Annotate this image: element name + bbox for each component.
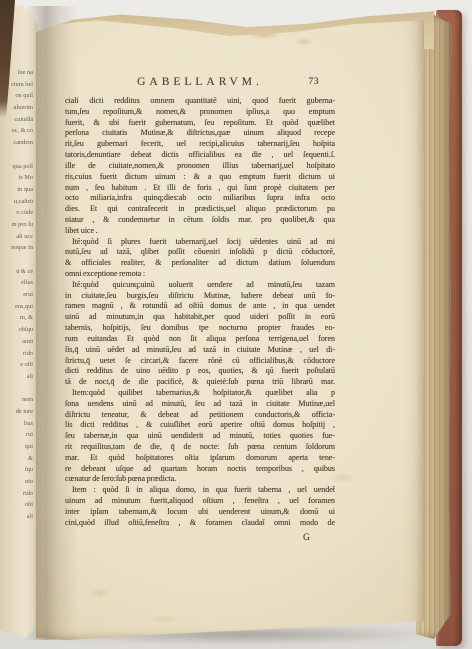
text-line: dicti redditus de uino uēdito p eos, quo… xyxy=(65,366,335,377)
text-line: ille de ciuitate,nomen,& pronomen illius… xyxy=(65,161,335,172)
text-line: dies. Et qui contrafecerit in prædictis,… xyxy=(65,204,335,215)
marginal-fragment: rido xyxy=(1,348,33,360)
facing-page-fragments: ſue nactum belon quiluluerimcuiuſdāoc, &… xyxy=(1,67,33,523)
text-line: diſtrictu teneatur, & debeat ad petition… xyxy=(65,410,335,421)
marginal-fragment: lius xyxy=(1,418,33,430)
book-photo: ſue nactum belon quiluluerimcuiuſdāoc, &… xyxy=(0,0,472,649)
text-line: tum,ſeu repoſitum,& nomen,& pronomen ipſ… xyxy=(65,107,335,118)
marginal-fragment: ali ucc xyxy=(1,231,33,243)
text-line: nutū,ſeu ad tazā, qlibet poſſit cōueniri… xyxy=(65,247,335,258)
text-line: in ciuitate,ſeu burgis,ſeu diſtrictu Mut… xyxy=(65,291,335,302)
text-line: Itē:quòd quicunq;uinū uoluerit uendere a… xyxy=(65,280,335,291)
text-line: octo miliaria,infra quinq;dies:ab octo m… xyxy=(65,193,335,204)
marginal-fragment: nio xyxy=(1,476,33,488)
marginal-fragment: rui xyxy=(1,429,33,441)
foxing-stain xyxy=(296,38,312,46)
text-line: ris,cuius fuerit dictum uinum : & a quo … xyxy=(65,172,335,183)
text-line: rit,ſeu gubernari fecerit, uel recipi,al… xyxy=(65,139,335,150)
text-line: cœnatur de ſero:ſub pœna prædicta. xyxy=(65,474,335,485)
text-line: perſona ciuitatis Mutinæ,& diſtrictus,qu… xyxy=(65,128,335,139)
marginal-fragment: u,caſtrū xyxy=(1,196,33,208)
marginal-fragment: candem xyxy=(1,137,33,149)
text-block: GABELLARVM. 73 ciali dicti redditus omne… xyxy=(65,75,335,544)
marginal-fragment: e oſti xyxy=(1,359,33,371)
text-line: uinum ad minutum fuerit,aliquod oſtium ,… xyxy=(65,496,335,507)
marginal-fragment: ens,qui xyxy=(1,301,33,313)
marginal-fragment: ali xyxy=(1,371,33,383)
marginal-fragment: oc, & co xyxy=(1,125,33,137)
text-line: fuerit, & ubi fuerit gubernatum, ſeu rep… xyxy=(65,118,335,129)
text-line: mar. Et quòd hoſpitatores oſtia ipſarum … xyxy=(65,453,335,464)
text-line: Item:quòd quilibet tabernarius,& hoſpita… xyxy=(65,388,335,399)
marginal-fragment: m, & xyxy=(1,312,33,324)
marginal-fragment: nem xyxy=(1,394,33,406)
text-line: libet uice . xyxy=(65,226,335,237)
text-line: ſeu tabernæ,in qua uinū uendiderit ad mi… xyxy=(65,431,335,442)
marginal-fragment: erui xyxy=(1,289,33,301)
text-line: num , ſeu habitum . Et illi de foris , q… xyxy=(65,183,335,194)
text-line: ſtrictu,q̄ uetet ſe circari,& facere rōn… xyxy=(65,356,335,367)
marginal-fragment: oſti xyxy=(1,499,33,511)
text-line: rit requiſitus,tam de die, q̄ de nocte: … xyxy=(65,442,335,453)
page-header: GABELLARVM. 73 xyxy=(65,75,335,96)
text-line: omni exceptione remota : xyxy=(65,269,335,280)
text-line: ſis,q̄ uinū uēdet ad minutū,ſeu ad tazā … xyxy=(65,345,335,356)
running-header: GABELLARVM. xyxy=(65,75,335,90)
text-line: & officiales realiter, & perſonaliter ad… xyxy=(65,258,335,269)
marginal-fragment: ſqu xyxy=(1,464,33,476)
signature-mark: G xyxy=(303,532,335,544)
marginal-fragment: m qua xyxy=(1,184,33,196)
marginal-fragment: qui xyxy=(1,441,33,453)
marginal-fragment: noque in xyxy=(1,242,33,254)
marginal-fragment xyxy=(1,149,33,161)
marginal-fragment: rido xyxy=(1,488,33,500)
folio-number: 73 xyxy=(309,77,320,87)
text-line: Item : quòd ſi in aliqua domo, in qua fu… xyxy=(65,485,335,496)
text-line: Itē:quòd ſi plures fuerit tabernarij,uel… xyxy=(65,237,335,248)
text-line: rum euitandas Et quòd non ſit aliqua per… xyxy=(65,334,335,345)
text-line: tatoris,denuntiare debeat dictis officia… xyxy=(65,150,335,161)
text-line: ciali dicti redditus omnem quantitatē ui… xyxy=(65,96,335,107)
marginal-fragment: amū xyxy=(1,336,33,348)
marginal-fragment: & xyxy=(1,453,33,465)
marginal-fragment: m pro ſu xyxy=(1,219,33,231)
text-line: tā de noct,q̄ de die pacificè, & quietè:… xyxy=(65,377,335,388)
marginal-fragment xyxy=(1,254,33,266)
text-line: tabernis, hoſpitijs, ſeu domibus tpe noc… xyxy=(65,323,335,334)
marginal-fragment: o cōde xyxy=(1,207,33,219)
body-text: ciali dicti redditus omnem quantitatē ui… xyxy=(65,96,335,529)
foxing-stain xyxy=(90,588,110,598)
marginal-fragment: ellus xyxy=(1,277,33,289)
text-line: uinū ad minutum,in qua habitabit,per quo… xyxy=(65,312,335,323)
text-line: ſona uendens uinū ad minutū, ſeu ad tazā… xyxy=(65,399,335,410)
marginal-fragment: ū & cē xyxy=(1,266,33,278)
text-line: cini,quòd illud oſtiū,feneſtra , & foram… xyxy=(65,518,335,529)
marginal-fragment: de iure xyxy=(1,406,33,418)
marginal-fragment: ali xyxy=(1,511,33,523)
marginal-fragment xyxy=(1,383,33,395)
marginal-fragment: qua poſſ xyxy=(1,161,33,173)
text-line: inter ipſam tabernam,& locum ubi uendere… xyxy=(65,507,335,518)
text-line: ramen magnū , & rotundū ad oſtiū domus d… xyxy=(65,301,335,312)
text-line: niatur , & condemnetur in cētum ſoldis m… xyxy=(65,215,335,226)
marginal-fragment: is Mo xyxy=(1,172,33,184)
marginal-fragment: obſqu xyxy=(1,324,33,336)
text-line: lis dicti redditus , & cuiuſlibet eorū a… xyxy=(65,420,335,431)
foxing-stain xyxy=(150,615,180,623)
book-page: GABELLARVM. 73 ciali dicti redditus omne… xyxy=(36,12,424,642)
text-line: re debeant uſque ad quartam horam noctis… xyxy=(65,464,335,475)
